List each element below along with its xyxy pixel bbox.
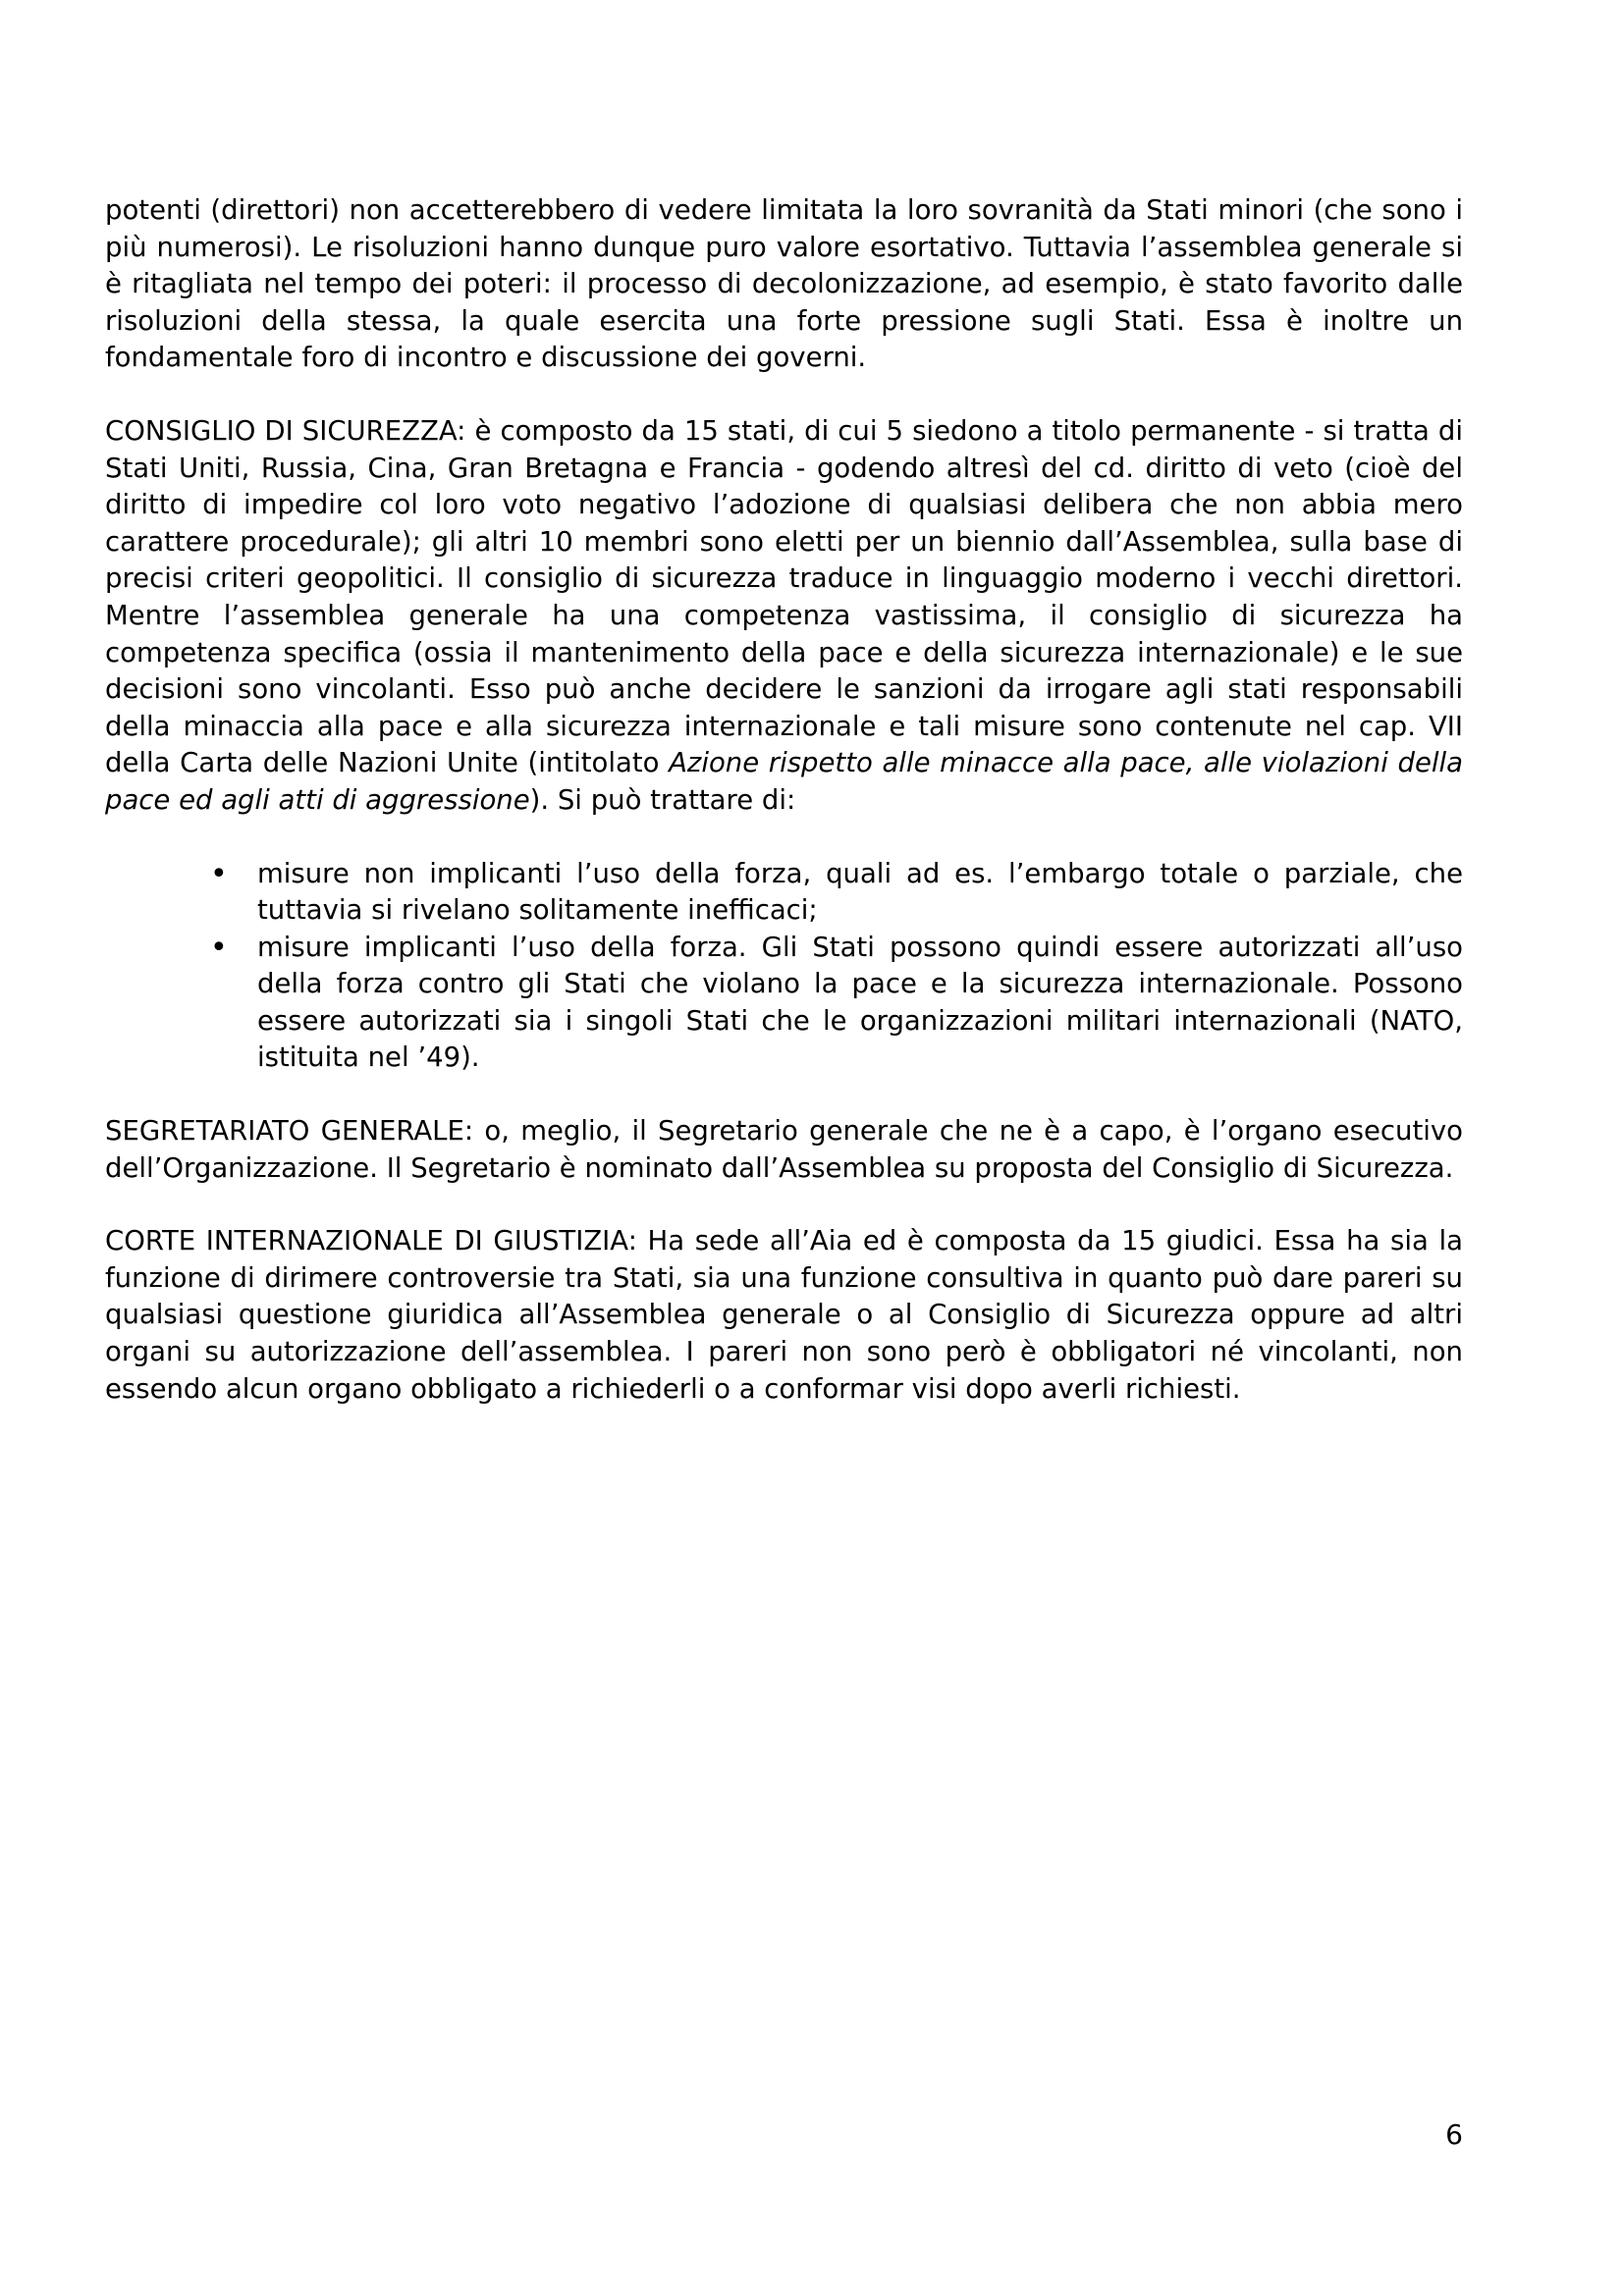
paragraph: CORTE INTERNAZIONALE DI GIUSTIZIA: Ha se… (105, 1223, 1463, 1408)
paragraph: potenti (direttori) non accetterebbero d… (105, 192, 1463, 377)
page-number: 6 (105, 2118, 1463, 2151)
text-run: CORTE INTERNAZIONALE DI GIUSTIZIA: Ha se… (105, 1225, 1463, 1404)
text-run: potenti (direttori) non accetterebbero d… (105, 194, 1463, 373)
bullet-list: misure non implicanti l’uso della forza,… (105, 856, 1463, 1078)
list-item: misure implicanti l’uso della forza. Gli… (257, 930, 1463, 1077)
paragraph: SEGRETARIATO GENERALE: o, meglio, il Seg… (105, 1113, 1463, 1187)
text-run: SEGRETARIATO GENERALE: o, meglio, il Seg… (105, 1115, 1463, 1184)
paragraph: CONSIGLIO DI SICUREZZA: è composto da 15… (105, 413, 1463, 820)
text-run: CONSIGLIO DI SICUREZZA: è composto da 15… (105, 415, 1463, 778)
list-item: misure non implicanti l’uso della forza,… (257, 856, 1463, 930)
text-run: ). Si può trattare di: (530, 784, 796, 816)
document-body: potenti (direttori) non accetterebbero d… (105, 192, 1463, 1408)
document-page: potenti (direttori) non accetterebbero d… (0, 0, 1623, 2296)
